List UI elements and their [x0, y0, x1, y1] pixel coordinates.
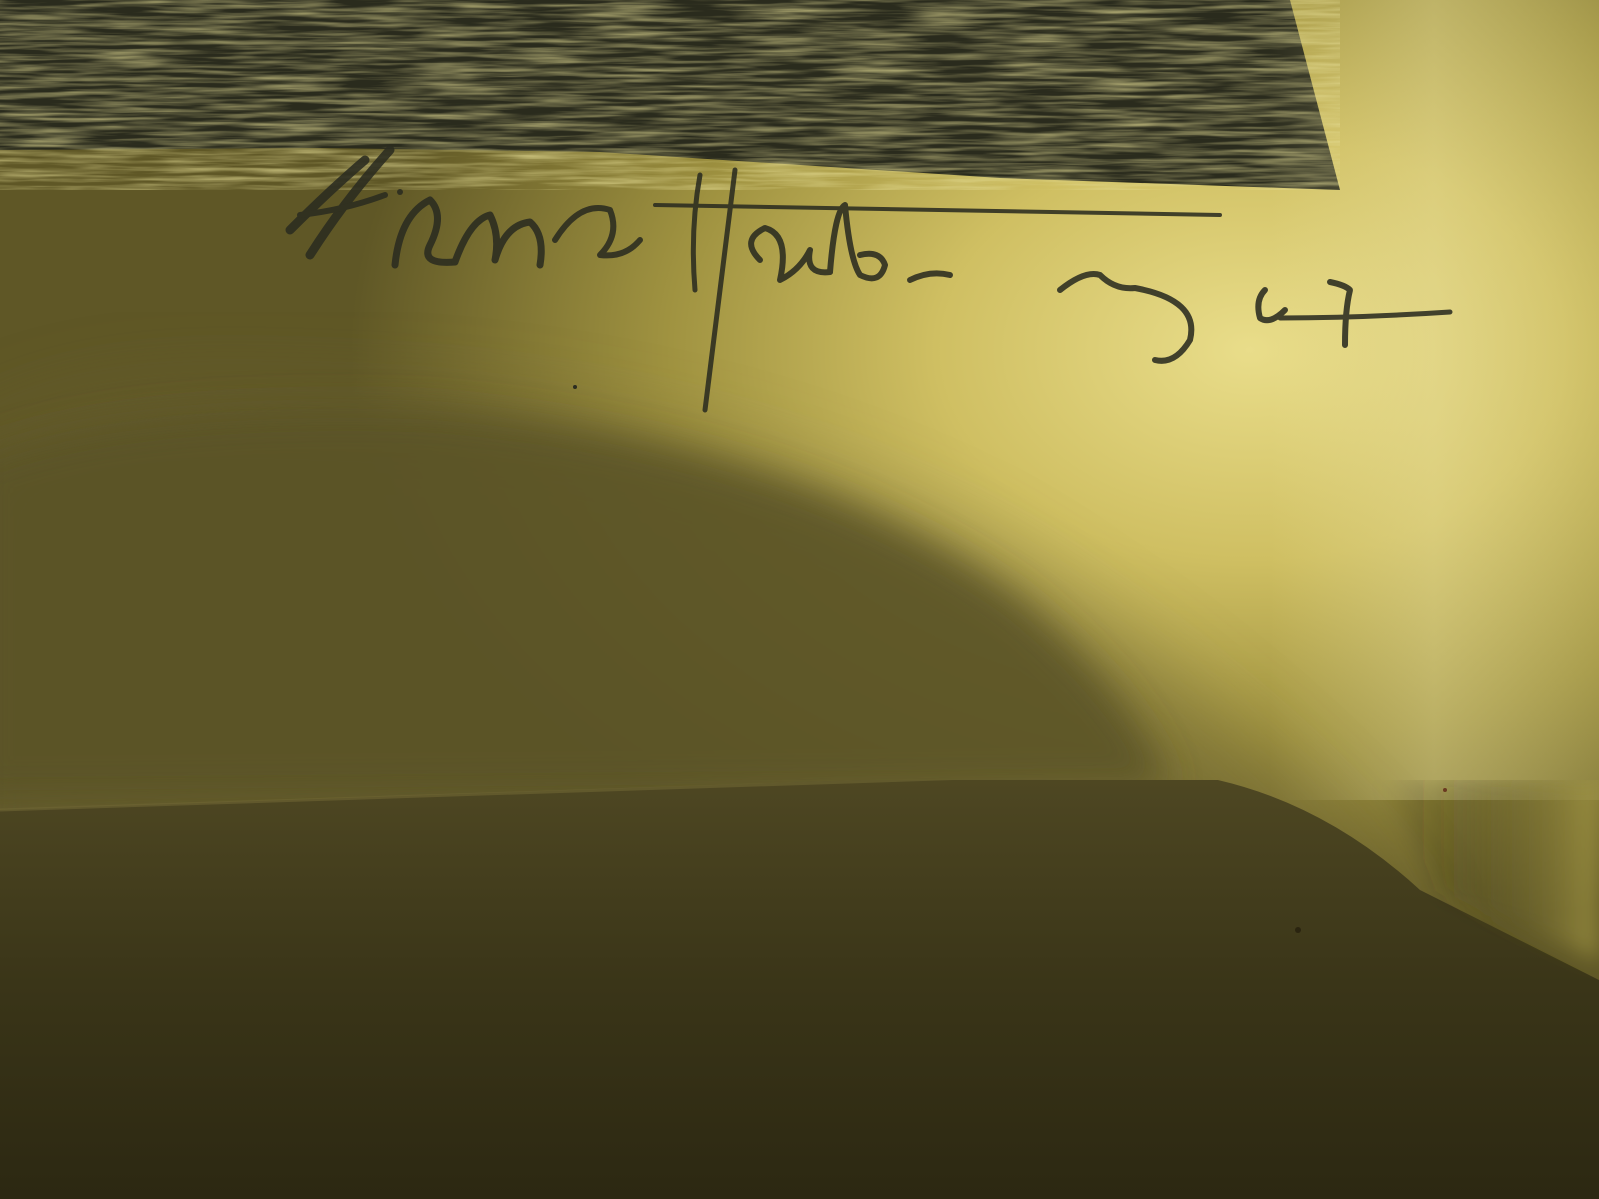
photograph: Hienstraben 07	[0, 0, 1599, 1199]
pencil-signature	[0, 0, 1599, 1199]
